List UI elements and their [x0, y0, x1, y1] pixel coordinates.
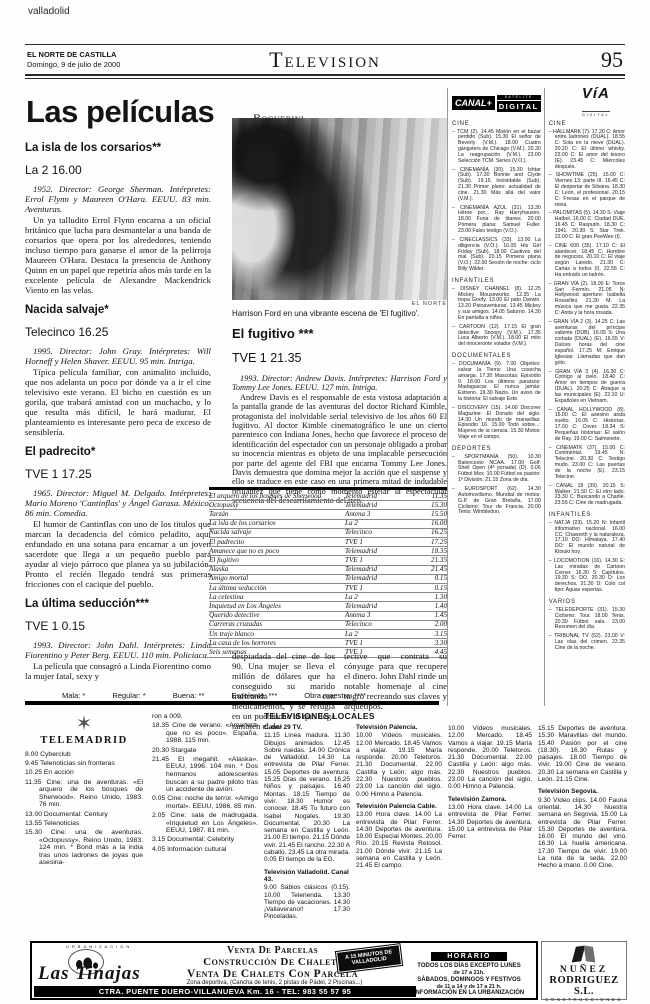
- film-title-cell: El padrecito: [209, 539, 345, 546]
- section-label: INFANTILES: [549, 512, 625, 518]
- film-title-cell: Alaska: [209, 566, 345, 573]
- digital-logo-text: DIGITAL: [497, 101, 541, 112]
- table-row: Carreras cruzadas Telecinco 2.00: [209, 621, 447, 630]
- star-icon: ✶: [25, 713, 143, 735]
- schedule-item: 15.30 Cine: una de aventuras. «Octopussy…: [25, 829, 143, 867]
- canal-plus-logo-text: CANAL+: [452, 96, 495, 110]
- header-rule-thin: [25, 78, 625, 79]
- channel-cell: TVE 1: [345, 557, 421, 564]
- station-schedule: 15.15 Deportes de aventura. 15.30 Maravi…: [538, 725, 627, 783]
- channel-listing: SPORTMANÍA (50). 10.30 Baloncesto NCAA. …: [452, 455, 541, 485]
- channel-listing: TRIBUNAL TV (52). 23.00 V: Las olas del …: [549, 634, 625, 652]
- rodriguez-name: RODRIGUEZ S.L.: [542, 975, 626, 997]
- canal-digital-logo: CANAL+ SATELITE DIGITAL: [452, 90, 541, 116]
- station-schedule: 9.30 Vídeo clips. 14.00 Fauna oriental. …: [538, 797, 627, 870]
- review-body: Típica película familiar, con animalito …: [25, 367, 211, 437]
- station-name: Televisión Palencia.: [356, 724, 442, 731]
- review-title: El padrecito*: [25, 446, 211, 458]
- canal-sections: CINE TCM (2). 14.45 Misión en el bazar p…: [452, 121, 541, 516]
- review-channel-time: Telecinco 16.25: [25, 325, 211, 339]
- locales-column-1: Canal 29 TV. 11.15 Línea madura. 11.30 D…: [264, 709, 350, 926]
- station-name: Televisión Zamora.: [448, 796, 532, 803]
- section-title: Television: [0, 47, 650, 73]
- schedule-item: 21.45 El megahit. «Alaska». EEUU, 1996. …: [152, 756, 258, 794]
- featured-credits: 1993. Director: Andrew Davis. Intérprete…: [232, 374, 447, 393]
- station-block: 15.15 Deportes de aventura. 15.30 Maravi…: [538, 725, 627, 783]
- horario-line: SÁBADOS, DOMINGOS Y FESTIVOS: [405, 977, 533, 984]
- station-block: Televisión Zamora. 13.00 Hora clave. 14.…: [448, 796, 532, 841]
- legend-item: Mala: *: [62, 691, 85, 700]
- telemadrid-name: TELEMADRID: [25, 735, 143, 746]
- telemadrid-column: ✶ TELEMADRID 8.00 Cyberclub9.45 Telenoti…: [25, 709, 143, 868]
- horario-line: INFORMACIÓN EN LA URBANIZACIÓN: [405, 990, 533, 997]
- featured-title: El fugitivo ***: [232, 326, 447, 341]
- film-title-cell: Inquietud en Los Ángeles: [209, 603, 345, 610]
- construcciones-label: CONSTRUCCIONES: [542, 997, 626, 1002]
- featured-channel-time: TVE 1 21.35: [232, 351, 447, 365]
- channel-cell: Telecinco: [345, 621, 421, 628]
- horario-title: HORARIO: [431, 952, 507, 961]
- channel-cell: La 2: [345, 520, 421, 527]
- station-name: Televisión Palencia Cable.: [356, 803, 442, 810]
- horario-box: HORARIO TODOS LOS DÍAS EXCEPTO LUNES de …: [405, 945, 533, 997]
- listing-section: INFANTILES DISNEY CHANNEL (8). 12.25 Mic…: [452, 278, 541, 348]
- time-cell: 11.35: [421, 493, 447, 500]
- nunez-rodriguez-ad: NUÑEZ RODRIGUEZ S.L. CONSTRUCCIONES: [541, 941, 627, 1000]
- listing-section: CINE TCM (2). 14.45 Misión en el bazar p…: [452, 121, 541, 273]
- station-block: 10.00 Vídeos musicales. 12.00 Mercado. 1…: [448, 725, 532, 791]
- review-channel-time: TVE 1 17.25: [25, 467, 211, 481]
- table-row: El fugitivo TVE 1 21.35: [209, 556, 447, 565]
- region-label: valladolid: [28, 6, 70, 17]
- channel-cell: Telemadrid: [345, 493, 421, 500]
- station-name: Televisión Valladolid. Canal 43.: [264, 869, 350, 884]
- advertisement-strip: URBANIZACION Las Tinajas Venta De Parcel…: [25, 941, 627, 1001]
- film-title-cell: Carreras cruzadas: [209, 621, 345, 628]
- header-rule-thick: [25, 74, 625, 76]
- nunez-name: NUÑEZ: [542, 965, 626, 975]
- via-digital-logo: VíA DIGITAL: [549, 90, 625, 116]
- locales-column-3: 10.00 Vídeos musicales. 12.00 Mercado. 1…: [448, 709, 532, 845]
- channel-listing: PALOMITAS (5). 14.30 S: Viaje Hatbol. 16…: [549, 211, 625, 241]
- telemadrid-column-2: ron a 009.18.35 Cine de verano. «Amanece…: [152, 709, 258, 855]
- review-channel-time: TVE 1 0.15: [25, 619, 211, 633]
- film-title-cell: Un traje blanco: [209, 631, 345, 638]
- listing-section: DEPORTES SPORTMANÍA (50). 10.30 Balonces…: [452, 446, 541, 516]
- time-cell: 1.40: [421, 603, 447, 610]
- review-title: La última seducción***: [25, 598, 211, 610]
- channel-cell: La 2: [345, 631, 421, 638]
- film-review: La isla de los corsarios** La 2 16.00 19…: [25, 142, 211, 295]
- film-review: El padrecito* TVE 1 17.25 1965. Director…: [25, 446, 211, 589]
- review-body: La película que consagró a Linda Fiorent…: [25, 661, 211, 681]
- table-row: Nacida salvaje Telecinco 16.25: [209, 529, 447, 538]
- section-label: VARIOS: [549, 599, 625, 605]
- via-logo-subtext: DIGITAL: [582, 111, 609, 117]
- channel-cell: TVE 1: [345, 539, 421, 546]
- schedule-item: 0.05 Cine: noche de terror. «Amigo morta…: [152, 795, 258, 810]
- legend-item: Regular: *: [112, 691, 145, 700]
- channel-listing: TCM (2). 14.45 Misión en el bazar perdid…: [452, 130, 541, 165]
- station-schedule: 11.15 Línea madura. 11.30 Dibujos animad…: [264, 732, 350, 863]
- satellite-listings: CANAL+ SATELITE DIGITAL CINE TCM (2). 14…: [447, 88, 628, 706]
- channel-cell: Telemadrid: [345, 575, 421, 582]
- section-label: INFANTILES: [452, 278, 541, 284]
- time-cell: 0.15: [421, 585, 447, 592]
- film-review: La última seducción*** TVE 1 0.15 1993. …: [25, 598, 211, 681]
- horario-line: TODOS LOS DÍAS EXCEPTO LUNES: [405, 963, 533, 970]
- via-sections: CINE HALLMARK (7). 17.20 C: Amor entre l…: [549, 121, 625, 652]
- film-title-cell: Nacida salvaje: [209, 529, 345, 536]
- channel-listing: CANAL 18 (39). 20.15 S: Walker. 21.50 C:…: [549, 484, 625, 508]
- review-credits: 1952. Director: George Sherman. Intérpre…: [25, 184, 211, 214]
- station-schedule: 13.00 Hora clave. 14.00 La entrevista de…: [448, 804, 532, 840]
- channel-cell: Telemadrid: [345, 548, 421, 555]
- table-row: El arquero de los bosques de Sherwood Te…: [209, 492, 447, 501]
- time-cell: 15.30: [421, 502, 447, 509]
- urbanizacion-label: URBANIZACION: [66, 944, 132, 949]
- builder-logo-icon: [542, 943, 626, 965]
- film-title-cell: La celestina: [209, 594, 345, 601]
- time-cell: 3.30: [421, 640, 447, 647]
- legend-item: Obra maestra: ****: [304, 691, 366, 700]
- time-cell: 21.35: [421, 557, 447, 564]
- station-name: Televisión Segovia.: [538, 788, 627, 795]
- channel-listing: CANAL HOLLYWOOD (8). 15.00 C: El asesino…: [549, 408, 625, 443]
- channel-listing: CINECLASSICS (33). 13.00 La diligencia (…: [452, 238, 541, 273]
- satelite-logo-text: SATELITE: [497, 95, 541, 100]
- section-label: DOCUMENTALES: [452, 353, 541, 359]
- address-bar: CTRA. PUENTE DUERO-VILLANUEVA Km. 16 - T…: [34, 986, 416, 997]
- station-block: Televisión Valladolid. Canal 43. 9.00 Sa…: [264, 869, 350, 921]
- locales-column-4: 15.15 Deportes de aventura. 15.30 Maravi…: [538, 709, 627, 875]
- review-credits: 1995. Director: John Gray. Intérpretes: …: [25, 346, 211, 366]
- station-schedule: 10.00 Vídeos musicales. 12.00 Mercado. 1…: [356, 732, 442, 798]
- telemadrid-logo: ✶ TELEMADRID: [25, 713, 143, 746]
- page-number: 95: [601, 47, 623, 73]
- film-title-cell: Amanece que no es poco: [209, 548, 345, 555]
- table-row: La última seducción TVE 1 0.15: [209, 584, 447, 593]
- schedule-item: 18.35 Cine de verano. «Amanece que no es…: [152, 722, 258, 745]
- channel-listing: SHOWTIME (25). 15.00 C: Viernes 13: part…: [549, 173, 625, 208]
- time-cell: 1.30: [421, 594, 447, 601]
- channel-listing: GRAN VÍA 3 (4). 16.30 C: Contigo al ciel…: [549, 370, 625, 405]
- channel-listing: NATJA (23). 15.20 N: Infantil informativ…: [549, 521, 625, 556]
- station-block: Televisión Segovia. 9.30 Vídeo clips. 14…: [538, 788, 627, 869]
- reviews-column: La isla de los corsarios** La 2 16.00 19…: [25, 142, 211, 690]
- review-title: La isla de los corsarios**: [25, 142, 211, 154]
- channel-listing: DOCUMANÍA (9). 7.00 Objetivo: salvar la …: [452, 362, 541, 403]
- film-title-cell: El fugitivo: [209, 557, 345, 564]
- channel-listing: CINEMATK (37). 15.00 C: Continental. 19.…: [549, 446, 625, 481]
- listing-section: DOCUMENTALES DOCUMANÍA (9). 7.00 Objetiv…: [452, 353, 541, 441]
- station-schedule: 10.00 Vídeos musicales. 12.00 Mercado. 1…: [448, 725, 532, 791]
- schedule-item: 2.05 Cine: sala de madrugada. «Inquietud…: [152, 812, 258, 835]
- film-title-cell: Querido detective: [209, 612, 345, 619]
- local-tv-listings: TELEVISIONES LOCALES ✶ TELEMADRID 8.00 C…: [25, 709, 627, 939]
- schedule-item: ron a 009.: [152, 713, 258, 721]
- station-name: Canal 29 TV.: [264, 724, 350, 731]
- table-row: Octopussy Telemadrid 15.30: [209, 501, 447, 510]
- featured-review: El fugitivo *** TVE 1 21.35 1993. Direct…: [232, 326, 447, 506]
- channel-cell: Telemadrid: [345, 566, 421, 573]
- film-title-cell: Tarzán: [209, 511, 345, 518]
- legend-item: Buena: **: [173, 691, 205, 700]
- station-schedule: 9.00 Sabios clásicos (0.15). 10.00 Teler…: [264, 884, 350, 920]
- section-label: CINE: [549, 121, 625, 127]
- section-label: DEPORTES: [452, 446, 541, 452]
- schedule-item: 13.00 Documental: Century: [25, 811, 143, 819]
- las-tinajas-brand: Las Tinajas: [38, 963, 141, 985]
- film-still-photo: [232, 118, 447, 300]
- station-block: Televisión Palencia Cable. 13.00 Hora cl…: [356, 803, 442, 870]
- listing-section: VARIOS TELEDEPORTE (31). 15.30 Ciclismo:…: [549, 599, 625, 651]
- legend-item: Excelente: ***: [231, 691, 277, 700]
- schedule-item: 10.25 En acción: [25, 769, 143, 777]
- channel-cell: Telemadrid: [345, 502, 421, 509]
- channel-cell: TVE 1: [345, 585, 421, 592]
- table-row: Amanece que no es poco Telemadrid 18.35: [209, 547, 447, 556]
- film-title-cell: La última seducción: [209, 585, 345, 592]
- channel-cell: Antena 3: [345, 511, 421, 518]
- review-credits: 1993. Director: John Dahl. Intérpretes: …: [25, 640, 211, 660]
- schedule-item: 9.45 Telenoticias sin fronteras: [25, 760, 143, 768]
- time-cell: 16.25: [421, 529, 447, 536]
- time-cell: 18.35: [421, 548, 447, 555]
- film-title-cell: La casa de los horrores: [209, 640, 345, 647]
- schedule-item: 8.00 Cyberclub: [25, 751, 143, 759]
- review-credits: 1965. Director: Miguel M. Delgado. Intér…: [25, 488, 211, 518]
- channel-listing: TELEDEPORTE (31). 15.30 Ciclismo: Tour. …: [549, 608, 625, 632]
- photo-caption: Harrison Ford en una vibrante escena de …: [232, 309, 447, 318]
- channel-cell: Antena 3: [345, 612, 421, 619]
- review-title: Nacida salvaje*: [25, 304, 211, 316]
- canal-digital-column: CANAL+ SATELITE DIGITAL CINE TCM (2). 14…: [447, 88, 544, 706]
- newspaper-page: valladolid EL NORTE DE CASTILLA Domingo,…: [0, 0, 650, 1004]
- time-cell: 3.15: [421, 631, 447, 638]
- table-row: Amigo mortal Telemadrid 0.15: [209, 575, 447, 584]
- via-digital-column: VíA DIGITAL CINE HALLMARK (7). 17.20 C: …: [544, 88, 628, 706]
- channel-listing: CINEMANÍA AZUL (31). 13.30 Héroe por... …: [452, 206, 541, 236]
- channel-listing: HALLMARK (7). 17.20 C: Amor entre ladron…: [549, 130, 625, 171]
- table-row: El padrecito TVE 1 17.25: [209, 538, 447, 547]
- listing-section: CINE HALLMARK (7). 17.20 C: Amor entre l…: [549, 121, 625, 507]
- channel-cell: TVE 1: [345, 640, 421, 647]
- table-row: Un traje blanco La 2 3.15: [209, 630, 447, 639]
- films-index-table: El arquero de los bosques de Sherwood Te…: [209, 487, 447, 658]
- time-cell: 2.00: [421, 621, 447, 628]
- channel-listing: DISNEY CHANNEL (8). 12.25 Mickey Mousewo…: [452, 287, 541, 322]
- time-cell: 0.15: [421, 575, 447, 582]
- header-rule: [25, 44, 625, 45]
- time-cell: 1.45: [421, 612, 447, 619]
- locales-column-2: Televisión Palencia. 10.00 Vídeos musica…: [356, 709, 442, 875]
- station-schedule: 13.00 Hora clave. 14.00 La entrevista de…: [356, 811, 442, 869]
- schedule-item: 4.05 Información cultural: [152, 846, 258, 854]
- section-divider-bar: [25, 701, 439, 705]
- time-cell: 21.45: [421, 566, 447, 573]
- channel-listing: CINE 600 (35). 17.10 C: El atardecer. 18…: [549, 244, 625, 279]
- review-channel-time: La 2 16.00: [25, 163, 211, 177]
- channel-listing: GRAN VÍA 2 (3). 14.25 C: Las aventuras d…: [549, 320, 625, 367]
- time-cell: 17.25: [421, 539, 447, 546]
- channel-listing: LOCOMOTION (16). 14.30 E: Las miradas de…: [549, 559, 625, 594]
- channel-cell: Telemadrid: [345, 603, 421, 610]
- film-title-cell: La isla de los corsarios: [209, 520, 345, 527]
- channel-listing: CINEMANÍA (30). 15.30 Ishtar (Sub). 17.3…: [452, 168, 541, 203]
- schedule-item: 13.55 Telenoticias: [25, 820, 143, 828]
- review-body: El humor de Cantinflas con uno de los tí…: [25, 519, 211, 589]
- film-title-cell: Octopussy: [209, 502, 345, 509]
- time-cell: 16.00: [421, 520, 447, 527]
- channel-listing: EUROSPORT (62). 14.30 Automovilismo. Mun…: [452, 487, 541, 517]
- review-body: Un ya talludito Errol Flynn encarna a un…: [25, 215, 211, 295]
- film-title-cell: Amigo mortal: [209, 575, 345, 582]
- section-label: CINE: [452, 121, 541, 127]
- via-logo-text: VíA: [582, 85, 610, 102]
- channel-listing: DISCOVERY (15). 14.00 Discover Magazine:…: [452, 406, 541, 441]
- schedule-item: 20.30 Stargate: [152, 747, 258, 755]
- channel-cell: Telecinco: [345, 529, 421, 536]
- photo-credit: EL NORTE: [232, 301, 447, 307]
- las-tinajas-ad: URBANIZACION Las Tinajas Venta De Parcel…: [30, 941, 538, 1000]
- station-block: Televisión Palencia. 10.00 Vídeos musica…: [356, 724, 442, 798]
- schedule-item: 11.35 Cine: una de aventuras. «El arquer…: [25, 779, 143, 809]
- film-review: Nacida salvaje* Telecinco 16.25 1995. Di…: [25, 304, 211, 437]
- channel-listing: GRAN VÍA (2). 18.00 E: Toros San Fermín.…: [549, 282, 625, 317]
- time-cell: 15.50: [421, 511, 447, 518]
- station-block: Canal 29 TV. 11.15 Línea madura. 11.30 D…: [264, 724, 350, 864]
- schedule-item: 3.15 Documental: Celebrity: [152, 836, 258, 844]
- films-headline: Las películas: [26, 94, 214, 130]
- channel-cell: La 2: [345, 594, 421, 601]
- listing-section: INFANTILES NATJA (23). 15.20 N: Infantil…: [549, 512, 625, 594]
- channel-listing: CARTOON (12). 17.15 El gran detective Sn…: [452, 325, 541, 349]
- film-title-cell: El arquero de los bosques de Sherwood: [209, 493, 345, 500]
